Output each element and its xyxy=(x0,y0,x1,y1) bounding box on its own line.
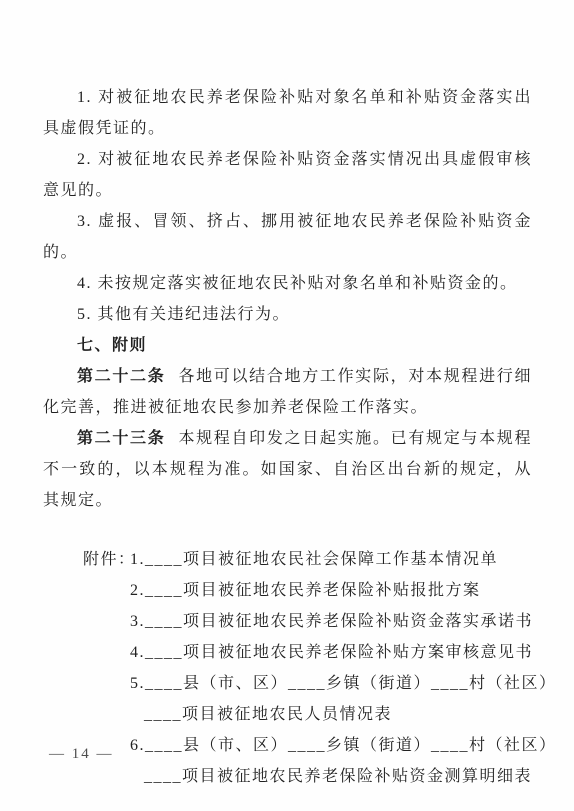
violation-item-4: 4. 未按规定落实被征地农民补贴对象名单和补贴资金的。 xyxy=(43,268,532,299)
attachment-item-1: 1.____项目被征地农民社会保障工作基本情况单 xyxy=(130,544,532,575)
attachment-item-2: 2.____项目被征地农民养老保险补贴报批方案 xyxy=(130,575,532,606)
attachment-item-6: 6.____县（市、区）____乡镇（街道）____村（社区） ____项目被征… xyxy=(130,730,532,792)
article-23-number: 第二十三条 xyxy=(77,430,165,447)
document-body: 1. 对被征地农民养老保险补贴对象名单和补贴资金落实出具虚假凭证的。 2. 对被… xyxy=(43,82,532,792)
violation-item-3: 3. 虚报、冒领、挤占、挪用被征地农民养老保险补贴资金的。 xyxy=(43,206,532,268)
document-page: 1. 对被征地农民养老保险补贴对象名单和补贴资金落实出具虚假凭证的。 2. 对被… xyxy=(0,0,574,811)
violation-item-2: 2. 对被征地农民养老保险补贴资金落实情况出具虚假审核意见的。 xyxy=(43,144,532,206)
attachment-line-continuation: ____项目被征地农民人员情况表 xyxy=(144,699,532,730)
page-number: — 14 — xyxy=(49,744,114,764)
attachments-section: 附件： 1.____项目被征地农民社会保障工作基本情况单 2.____项目被征地… xyxy=(43,544,532,792)
attachment-item-3: 3.____项目被征地农民养老保险补贴资金落实承诺书 xyxy=(130,606,532,637)
attachment-line: 5.____县（市、区）____乡镇（街道）____村（社区） xyxy=(130,668,532,699)
violation-item-5: 5. 其他有关违纪违法行为。 xyxy=(43,299,532,330)
attachments-label: 附件： xyxy=(83,544,136,575)
attachment-line: 2.____项目被征地农民养老保险补贴报批方案 xyxy=(130,575,532,606)
attachment-line: 4.____项目被征地农民养老保险补贴方案审核意见书 xyxy=(130,637,532,668)
attachment-line: 6.____县（市、区）____乡镇（街道）____村（社区） xyxy=(130,730,532,761)
article-23-paragraph: 第二十三条本规程自印发之日起实施。已有规定与本规程不一致的，以本规程为准。如国家… xyxy=(43,423,532,516)
attachment-item-5: 5.____县（市、区）____乡镇（街道）____村（社区） ____项目被征… xyxy=(130,668,532,730)
article-22-paragraph: 第二十二条各地可以结合地方工作实际，对本规程进行细化完善，推进被征地农民参加养老… xyxy=(43,361,532,423)
attachment-line: 3.____项目被征地农民养老保险补贴资金落实承诺书 xyxy=(130,606,532,637)
article-22-number: 第二十二条 xyxy=(77,368,165,385)
violation-item-1: 1. 对被征地农民养老保险补贴对象名单和补贴资金落实出具虚假凭证的。 xyxy=(43,82,532,144)
attachment-line-continuation: ____项目被征地农民养老保险补贴资金测算明细表 xyxy=(144,761,532,792)
attachment-line: 1.____项目被征地农民社会保障工作基本情况单 xyxy=(130,544,532,575)
attachment-item-4: 4.____项目被征地农民养老保险补贴方案审核意见书 xyxy=(130,637,532,668)
section-heading: 七、附则 xyxy=(43,330,532,361)
